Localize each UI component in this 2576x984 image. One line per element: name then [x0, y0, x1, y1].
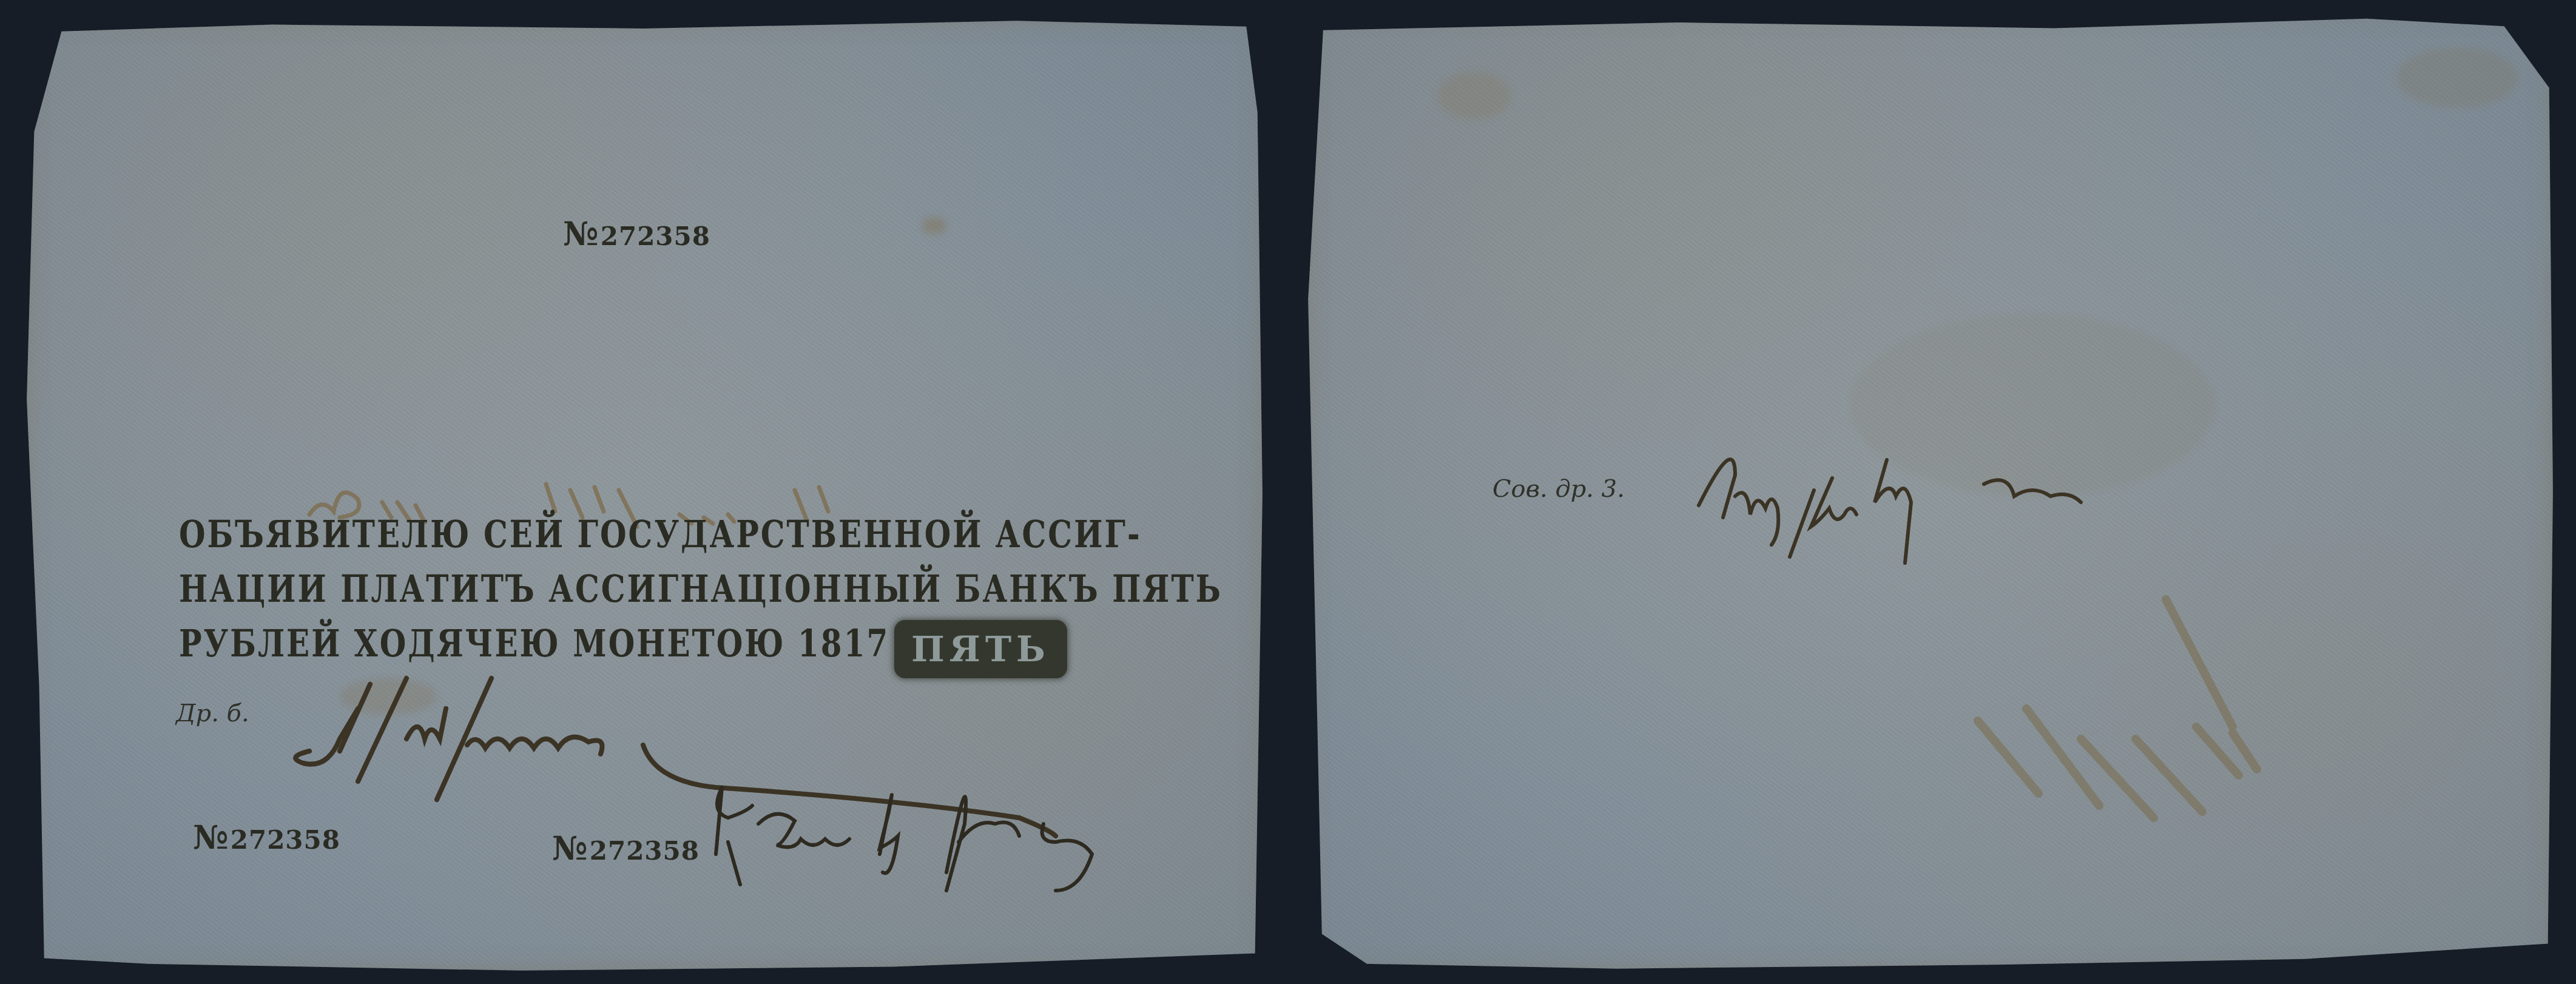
numero-sign: №	[563, 214, 599, 253]
serial-number-top: №272358	[563, 214, 710, 253]
paper-stain	[2396, 47, 2518, 108]
serial-number-value: 272358	[231, 825, 340, 855]
numero-sign: №	[193, 818, 229, 857]
serial-number-bottom-center: №272358	[552, 829, 700, 868]
director-label: Др. б.	[176, 699, 249, 727]
denomination-stamp: ПЯТЬ	[898, 624, 1064, 675]
paper-stain	[922, 217, 946, 234]
paper-stain	[1438, 72, 1511, 120]
numero-sign: №	[552, 829, 588, 868]
counsellor-label: Сов. др. 3.	[1492, 475, 1625, 503]
body-text-line-1: ОБЪЯВИТЕЛЮ СЕЙ ГОСУДАРСТВЕННОЙ АССИГ-	[179, 511, 1142, 556]
signature-2-icon	[704, 775, 1189, 897]
serial-number-value: 272358	[590, 836, 700, 866]
body-text-line-2: НАЦИИ ПЛАТИТЪ АССИГНАЦІОННЫЙ БАНКЪ ПЯТЬ	[179, 566, 1222, 611]
back-signature-icon	[1693, 460, 2421, 551]
serial-number-value: 272358	[601, 221, 710, 251]
ink-bleed-marks-icon	[1941, 581, 2305, 836]
serial-number-bottom-left: №272358	[193, 818, 340, 857]
body-text-line-3: РУБЛЕЙ ХОДЯЧЕЮ МОНЕТОЮ 1817 ГОДА.	[179, 621, 1020, 666]
banknote-back: Сов. др. 3.	[1304, 11, 2554, 972]
banknote-front: №272358 ОБЪЯВИТЕЛЮ СЕЙ ГОСУДАРСТВЕННОЙ А…	[24, 17, 1265, 972]
